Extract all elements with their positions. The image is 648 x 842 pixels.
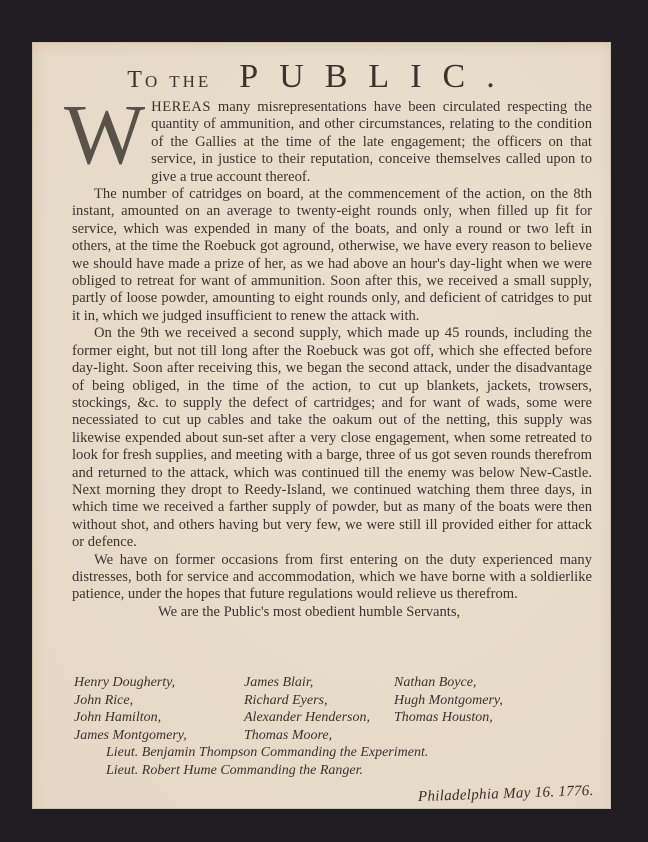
title-main: PUBLIC. [239,58,515,95]
lead-word: HEREAS [151,99,211,115]
closing-salutation: We are the Public's most obedient humble… [72,604,592,621]
paragraph-2: The number of catridges on board, at the… [72,186,592,325]
signatory: John Rice, [74,692,244,710]
paragraph-4: We have on former occasions from first e… [72,552,592,604]
paragraph-3: On the 9th we received a second supply, … [72,325,592,551]
signatory: James Blair, [244,674,394,692]
signatory: Richard Eyers, [244,692,394,710]
signatures-block: Henry Dougherty, James Blair, Nathan Boy… [74,674,594,779]
signatory: John Hamilton, [74,709,244,727]
document-body: WHEREAS many misrepresentations have bee… [72,99,592,621]
signatory: Thomas Houston, [394,709,574,727]
signatory: Thomas Moore, [244,727,394,745]
paragraph-1-text: many misrepresentations have been circul… [151,99,592,185]
signatory: Alexander Henderson, [244,709,394,727]
signatory-grid: Henry Dougherty, James Blair, Nathan Boy… [74,674,594,744]
signatory: Henry Dougherty, [74,674,244,692]
commander-experiment: Lieut. Benjamin Thompson Commanding the … [74,744,594,762]
paragraph-1: WHEREAS many misrepresentations have bee… [72,99,592,186]
drop-cap: W [64,103,145,169]
signatory: James Montgomery, [74,727,244,745]
signatory: Hugh Montgomery, [394,692,574,710]
signatory [394,727,574,745]
commander-ranger: Lieut. Robert Hume Commanding the Ranger… [74,762,594,780]
signatory: Nathan Boyce, [394,674,574,692]
handwritten-place-date: Philadelphia May 16. 1776. [418,783,594,806]
broadside-document: To the PUBLIC. WHEREAS many misrepresent… [32,42,611,809]
